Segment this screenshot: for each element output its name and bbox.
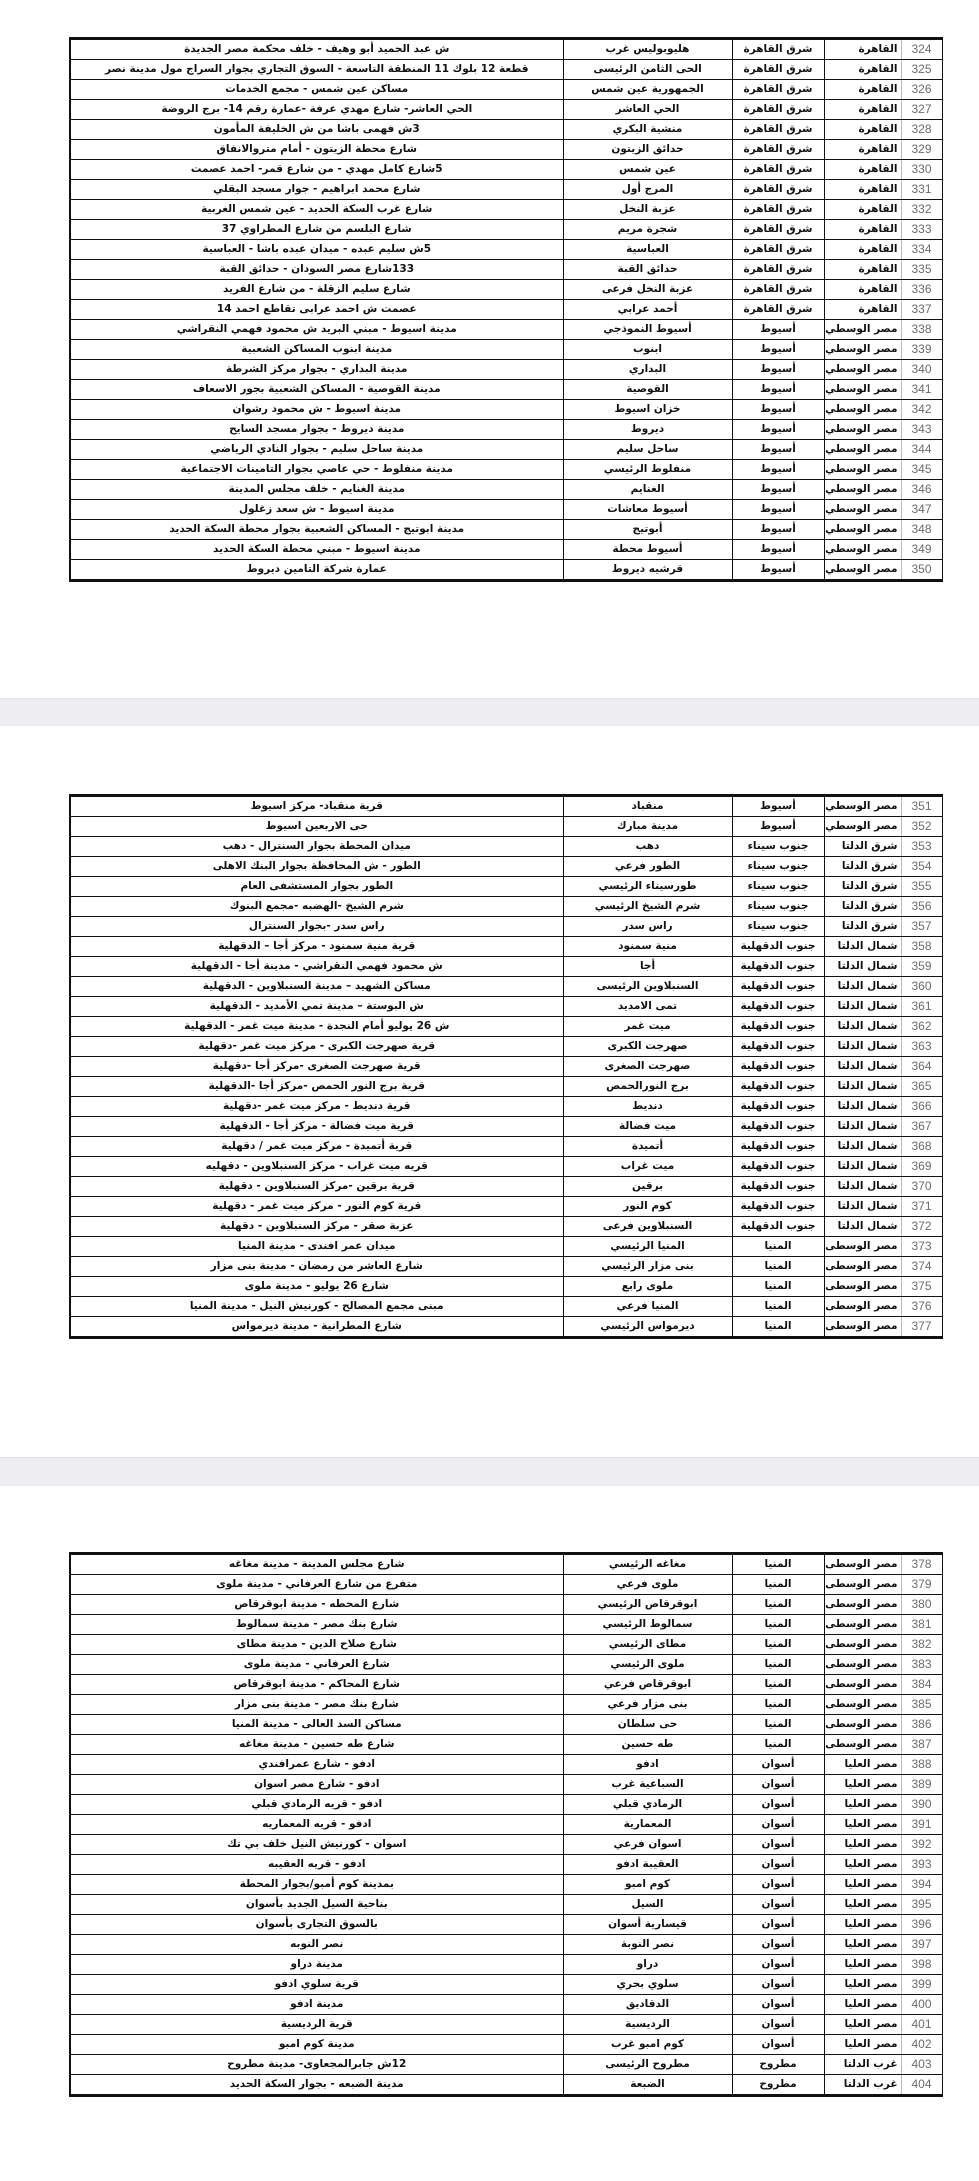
row-number: 385 [901,1695,942,1715]
office-name-cell: طورسيناء الرئيسي [563,877,732,897]
governorate-cell: شرق القاهرة [732,300,824,320]
governorate-cell: أسوان [732,1955,824,1975]
office-name-cell: تمى الامديد [563,997,732,1017]
table-row: 325القاهرةشرق القاهرةالحى الثامن الرئيسى… [70,60,942,80]
address-cell: مدينة اسيوط - ش سعد زغلول [70,500,563,520]
table-row: 382مصر الوسطىالمنيامطاى الرئيسيشارع صلاح… [70,1635,942,1655]
region-cell: شمال الدلتا [824,1077,901,1097]
address-cell: قرية دنديط - مركز ميت غمر -دقهلية [70,1097,563,1117]
address-cell: متفرع من شارع العرفاني - مدينة ملوى [70,1575,563,1595]
row-number: 346 [901,480,942,500]
office-name-cell: كوم امبو غرب [563,2035,732,2055]
table-row: 349مصر الوسطيأسيوطأسيوط محطةمدينة اسيوط … [70,540,942,560]
table-row: 355شرق الدلتاجنوب سيناءطورسيناء الرئيسيا… [70,877,942,897]
governorate-cell: المنيا [732,1695,824,1715]
region-cell: مصر الوسطي [824,520,901,540]
office-name-cell: أجا [563,957,732,977]
governorate-cell: شرق القاهرة [732,180,824,200]
office-name-cell: ابوقرقاص فرعي [563,1675,732,1695]
table-row: 353شرق الدلتاجنوب سيناءدهبميدان المحطة ب… [70,837,942,857]
row-number: 382 [901,1635,942,1655]
row-number: 386 [901,1715,942,1735]
address-cell: ميدان عمر افندى - مدينة المنيا [70,1237,563,1257]
row-number: 349 [901,540,942,560]
governorate-cell: أسوان [732,1795,824,1815]
region-cell: مصر العليا [824,1915,901,1935]
region-cell: مصر الوسطى [824,1695,901,1715]
office-name-cell: حدائق القبة [563,260,732,280]
table-row: 367شمال الدلتاجنوب الدقهليةميت فضالةقرية… [70,1117,942,1137]
address-cell: قرية الرديسية [70,2015,563,2035]
row-number: 366 [901,1097,942,1117]
region-cell: مصر الوسطي [824,817,901,837]
office-name-cell: سمالوط الرئيسي [563,1615,732,1635]
table-row: 332القاهرةشرق القاهرةعزبة النخلشارع غرب … [70,200,942,220]
row-number: 399 [901,1975,942,1995]
address-cell: ادفو - شارع مصر اسوان [70,1775,563,1795]
region-cell: مصر العليا [824,1955,901,1975]
address-cell: اسوان - كورنيش النيل خلف بي تك [70,1835,563,1855]
table-row: 358شمال الدلتاجنوب الدقهليةمنية سمنودقري… [70,937,942,957]
region-cell: شمال الدلتا [824,1057,901,1077]
row-number: 359 [901,957,942,977]
office-name-cell: السيل [563,1895,732,1915]
row-number: 335 [901,260,942,280]
address-cell: مدينة كوم امبو [70,2035,563,2055]
region-cell: شمال الدلتا [824,1197,901,1217]
office-name-cell: عين شمس [563,160,732,180]
address-cell: ادفو - شارع عمرافندي [70,1755,563,1775]
table-row: 377مصر الوسطىالمنياديرمواس الرئيسيشارع ا… [70,1317,942,1338]
region-cell: مصر العليا [824,1895,901,1915]
address-cell: مدينة ادفو [70,1995,563,2015]
table-row: 403غرب الدلتامطروحمطروح الرئيسى12ش جابرا… [70,2055,942,2075]
office-name-cell: حى سلطان [563,1715,732,1735]
region-cell: غرب الدلتا [824,2055,901,2075]
table-row: 373مصر الوسطىالمنياالمنيا الرئيسيميدان ع… [70,1237,942,1257]
table-row: 366شمال الدلتاجنوب الدقهليةدنديطقرية دند… [70,1097,942,1117]
address-cell: عزبة صقر - مركز السنبلاوين - دقهلية [70,1217,563,1237]
governorate-cell: المنيا [732,1575,824,1595]
governorate-cell: جنوب الدقهلية [732,937,824,957]
address-cell: مدينة ابوتيج - المساكن الشعبية بجوار محط… [70,520,563,540]
address-cell: الطور - ش المحافظة بجوار البنك الاهلى [70,857,563,877]
table-row: 338مصر الوسطيأسيوطأسيوط النموذجيمدينة اس… [70,320,942,340]
office-name-cell: البداري [563,360,732,380]
office-name-cell: سلوي بحري [563,1975,732,1995]
address-cell: مدينة ابنوب المساكن الشعبية [70,340,563,360]
table-row: 344مصر الوسطيأسيوطساحل سليممدينة ساحل سل… [70,440,942,460]
address-cell: شارع سليم الزقلة - من شارع الفريد [70,280,563,300]
address-cell: قرية سلوي ادفو [70,1975,563,1995]
row-number: 380 [901,1595,942,1615]
row-number: 379 [901,1575,942,1595]
region-cell: شمال الدلتا [824,937,901,957]
governorate-cell: المنيا [732,1317,824,1338]
governorate-cell: أسيوط [732,380,824,400]
governorate-cell: جنوب الدقهلية [732,1177,824,1197]
row-number: 362 [901,1017,942,1037]
table-row: 364شمال الدلتاجنوب الدقهليةصهرجت الصغرىق… [70,1057,942,1077]
region-cell: مصر العليا [824,1975,901,1995]
row-number: 390 [901,1795,942,1815]
address-cell: مدينة الغنايم - خلف مجلس المدينة [70,480,563,500]
office-name-cell: الطور فرعي [563,857,732,877]
address-cell: شارع مجلس المدينة - مدينة مغاغه [70,1554,563,1575]
table-row: 395مصر العلياأسوانالسيلبناحية السيل الجد… [70,1895,942,1915]
governorate-cell: أسيوط [732,460,824,480]
table-row: 401مصر العلياأسوانالرديسيةقرية الرديسية [70,2015,942,2035]
table-row: 356شرق الدلتاجنوب سيناءشرم الشيخ الرئيسي… [70,897,942,917]
table-row: 363شمال الدلتاجنوب الدقهليةصهرجت الكبرىق… [70,1037,942,1057]
address-cell: الطور بجوار المستشفى العام [70,877,563,897]
office-name-cell: ميت فضالة [563,1117,732,1137]
address-cell: 5ش سليم عبده - ميدان عبده باشا - العباسي… [70,240,563,260]
governorate-cell: جنوب الدقهلية [732,1017,824,1037]
table-row: 335القاهرةشرق القاهرةحدائق القبة133شارع … [70,260,942,280]
row-number: 401 [901,2015,942,2035]
address-cell: قرية منقباد- مركز اسيوط [70,796,563,817]
region-cell: شمال الدلتا [824,1017,901,1037]
row-number: 397 [901,1935,942,1955]
office-name-cell: خزان اسيوط [563,400,732,420]
row-number: 368 [901,1137,942,1157]
office-name-cell: المعمارية [563,1815,732,1835]
governorate-cell: جنوب الدقهلية [732,1137,824,1157]
address-cell: قرية صهرجت الكبرى - مركز ميت غمر -دقهلية [70,1037,563,1057]
table-row: 387مصر الوسطىالمنياطه حسينشارع طه حسين -… [70,1735,942,1755]
address-cell: ميدان المحطة بجوار السنترال - دهب [70,837,563,857]
governorate-cell: أسوان [732,1995,824,2015]
row-number: 374 [901,1257,942,1277]
row-number: 347 [901,500,942,520]
table-row: 334القاهرةشرق القاهرةالعباسية5ش سليم عبد… [70,240,942,260]
address-cell: شارع بنك مصر - مدينة سمالوط [70,1615,563,1635]
office-name-cell: ديروط [563,420,732,440]
office-name-cell: شرم الشيخ الرئيسي [563,897,732,917]
table-row: 386مصر الوسطىالمنياحى سلطانمساكن السد ال… [70,1715,942,1735]
office-name-cell: السنبلاوين الرئيسى [563,977,732,997]
office-name-cell: أحمد عرابي [563,300,732,320]
table-row: 343مصر الوسطيأسيوطديروطمدينة ديروط - بجو… [70,420,942,440]
table-row: 336القاهرةشرق القاهرةعزبة النخل فرعىشارع… [70,280,942,300]
row-number: 373 [901,1237,942,1257]
governorate-cell: جنوب الدقهلية [732,997,824,1017]
address-cell: ش عبد الحميد أبو وهيف - خلف محكمة مصر ال… [70,39,563,60]
row-number: 357 [901,917,942,937]
region-cell: شمال الدلتا [824,1037,901,1057]
table-row: 375مصر الوسطىالمنياملوى رابعشارع 26 يولي… [70,1277,942,1297]
address-cell: شارع 26 يوليو - مدينة ملوى [70,1277,563,1297]
address-cell: مدينة منفلوط - حي عاصي بجوار التامينات ا… [70,460,563,480]
office-name-cell: مغاغه الرئيسي [563,1554,732,1575]
table-row: 368شمال الدلتاجنوب الدقهليةأتميدةقرية أت… [70,1137,942,1157]
region-cell: مصر العليا [824,1775,901,1795]
office-name-cell: عزبة النخل فرعى [563,280,732,300]
row-number: 348 [901,520,942,540]
row-number: 377 [901,1317,942,1338]
row-number: 342 [901,400,942,420]
row-number: 324 [901,39,942,60]
table-row: 392مصر العلياأسواناسوان فرعياسوان - كورن… [70,1835,942,1855]
row-number: 352 [901,817,942,837]
table-row: 365شمال الدلتاجنوب الدقهليةبرج النورالحم… [70,1077,942,1097]
table-row: 400مصر العلياأسوانالدقاديقمدينة ادفو [70,1995,942,2015]
governorate-cell: المنيا [732,1655,824,1675]
region-cell: مصر الوسطى [824,1575,901,1595]
region-cell: شرق الدلتا [824,897,901,917]
row-number: 395 [901,1895,942,1915]
office-name-cell: طه حسين [563,1735,732,1755]
governorate-cell: جنوب الدقهلية [732,1117,824,1137]
table-row: 383مصر الوسطىالمنياملوى الرئيسيشارع العر… [70,1655,942,1675]
address-cell: شارع محطة الزيتون - أمام متروالانفاق [70,140,563,160]
row-number: 365 [901,1077,942,1097]
row-number: 389 [901,1775,942,1795]
table-row: 398مصر العلياأسواندراومدينة دراو [70,1955,942,1975]
row-number: 387 [901,1735,942,1755]
address-cell: شارع المحطه - مدينة ابوقرقاص [70,1595,563,1615]
table-row: 384مصر الوسطىالمنياابوقرقاص فرعيشارع الم… [70,1675,942,1695]
region-cell: القاهرة [824,120,901,140]
office-name-cell: الضبعة [563,2075,732,2096]
governorate-cell: أسوان [732,2035,824,2055]
governorate-cell: أسوان [732,1855,824,1875]
table-row: 360شمال الدلتاجنوب الدقهليةالسنبلاوين ال… [70,977,942,997]
address-cell: ادفو - قريه الرمادي قبلي [70,1795,563,1815]
table-row: 357شرق الدلتاجنوب سيناءراس سدرراس سدر -ب… [70,917,942,937]
table-row: 329القاهرةشرق القاهرةحدائق الزيتونشارع م… [70,140,942,160]
region-cell: مصر الوسطى [824,1317,901,1338]
office-name-cell: الرديسية [563,2015,732,2035]
branches-table-page-2: 351مصر الوسطيأسيوطمنقبادقرية منقباد- مرك… [69,794,943,1339]
row-number: 332 [901,200,942,220]
governorate-cell: أسيوط [732,540,824,560]
office-name-cell: أبوتيج [563,520,732,540]
office-name-cell: العباسية [563,240,732,260]
table-row: 388مصر العلياأسوانادفوادفو - شارع عمرافن… [70,1755,942,1775]
address-cell: قرية برج النور الحمص -مركز أجا -الدقهلية [70,1077,563,1097]
governorate-cell: أسيوط [732,520,824,540]
address-cell: مساكن عين شمس - مجمع الخدمات [70,80,563,100]
region-cell: مصر الوسطى [824,1735,901,1755]
region-cell: مصر الوسطي [824,320,901,340]
governorate-cell: جنوب الدقهلية [732,1057,824,1077]
region-cell: القاهرة [824,60,901,80]
table-row: 370شمال الدلتاجنوب الدقهليةبرقينقرية برق… [70,1177,942,1197]
office-name-cell: المنيا فرعي [563,1297,732,1317]
office-name-cell: دهب [563,837,732,857]
address-cell: ادفو - قريه العقيبه [70,1855,563,1875]
table-row: 326القاهرةشرق القاهرةالجمهورية عين شمسمس… [70,80,942,100]
governorate-cell: شرق القاهرة [732,200,824,220]
governorate-cell: أسيوط [732,340,824,360]
region-cell: مصر الوسطى [824,1655,901,1675]
governorate-cell: شرق القاهرة [732,160,824,180]
region-cell: مصر الوسطي [824,360,901,380]
region-cell: مصر العليا [824,2015,901,2035]
row-number: 400 [901,1995,942,2015]
region-cell: مصر العليا [824,1935,901,1955]
table-row: 327القاهرةشرق القاهرةالحي العاشرالحي الع… [70,100,942,120]
row-number: 378 [901,1554,942,1575]
office-name-cell: السباعية غرب [563,1775,732,1795]
row-number: 351 [901,796,942,817]
office-name-cell: عزبة النخل [563,200,732,220]
region-cell: شرق الدلتا [824,837,901,857]
governorate-cell: جنوب الدقهلية [732,1037,824,1057]
row-number: 364 [901,1057,942,1077]
table-row: 394مصر العلياأسوانكوم امبوبمدينة كوم أمب… [70,1875,942,1895]
region-cell: القاهرة [824,220,901,240]
table-row: 324القاهرةشرق القاهرةهليوبوليس غربش عبد … [70,39,942,60]
address-cell: بمدينة كوم أمبو/بجوار المحطة [70,1875,563,1895]
table-row: 385مصر الوسطىالمنيابنى مزار فرعيشارع بنك… [70,1695,942,1715]
region-cell: مصر الوسطي [824,400,901,420]
row-number: 372 [901,1217,942,1237]
office-name-cell: مدينة مبارك [563,817,732,837]
row-number: 336 [901,280,942,300]
address-cell: قرية صهرجت الصغرى -مركز أجا -دقهلية [70,1057,563,1077]
governorate-cell: شرق القاهرة [732,100,824,120]
row-number: 392 [901,1835,942,1855]
row-number: 354 [901,857,942,877]
office-name-cell: الجمهورية عين شمس [563,80,732,100]
office-name-cell: دراو [563,1955,732,1975]
office-name-cell: برج النورالحمص [563,1077,732,1097]
table-row: 330القاهرةشرق القاهرةعين شمس5شارع كامل م… [70,160,942,180]
address-cell: قرية برقين -مركز السنبلاوين - دقهلية [70,1177,563,1197]
row-number: 403 [901,2055,942,2075]
region-cell: مصر الوسطى [824,1257,901,1277]
address-cell: قريه ميت غراب - مركز السنبلاوين - دقهليه [70,1157,563,1177]
region-cell: مصر العليا [824,1835,901,1855]
address-cell: حى الاربعين اسيوط [70,817,563,837]
address-cell: شارع طه حسين - مدينة مغاغه [70,1735,563,1755]
row-number: 341 [901,380,942,400]
page-separator [0,1457,979,1487]
address-cell: مبنى مجمع المصالح - كورنيش النيل - مدينة… [70,1297,563,1317]
governorate-cell: جنوب سيناء [732,877,824,897]
address-cell: شارع البلسم من شارع المطراوي 37 [70,220,563,240]
row-number: 383 [901,1655,942,1675]
row-number: 363 [901,1037,942,1057]
row-number: 398 [901,1955,942,1975]
region-cell: غرب الدلتا [824,2075,901,2096]
governorate-cell: شرق القاهرة [732,280,824,300]
table-row: 331القاهرةشرق القاهرةالمرج أولشارع محمد … [70,180,942,200]
address-cell: شارع المطرانية - مدينة ديرمواس [70,1317,563,1338]
governorate-cell: شرق القاهرة [732,60,824,80]
row-number: 326 [901,80,942,100]
table-row: 340مصر الوسطيأسيوطالبداريمدينة البداري -… [70,360,942,380]
table-row: 393مصر العلياأسوانالعقيبة ادفوادفو - قري… [70,1855,942,1875]
office-name-cell: قرشيه ديروط [563,560,732,581]
office-name-cell: أسيوط النموذجي [563,320,732,340]
governorate-cell: أسيوط [732,817,824,837]
address-cell: شارع غرب السكة الحديد - عين شمس الغربية [70,200,563,220]
region-cell: مصر الوسطي [824,540,901,560]
office-name-cell: منية سمنود [563,937,732,957]
region-cell: مصر الوسطى [824,1615,901,1635]
table-row: 380مصر الوسطىالمنياابوقرقاص الرئيسيشارع … [70,1595,942,1615]
row-number: 339 [901,340,942,360]
table-row: 374مصر الوسطىالمنيابنى مزار الرئيسيشارع … [70,1257,942,1277]
table-row: 381مصر الوسطىالمنياسمالوط الرئيسيشارع بن… [70,1615,942,1635]
table-row: 391مصر العلياأسوانالمعماريةادفو - قريه ا… [70,1815,942,1835]
region-cell: القاهرة [824,280,901,300]
office-name-cell: أتميدة [563,1137,732,1157]
address-cell: عصمت ش احمد عرابى تقاطع احمد 14 [70,300,563,320]
region-cell: مصر الوسطى [824,1635,901,1655]
office-name-cell: ابوقرقاص الرئيسي [563,1595,732,1615]
row-number: 328 [901,120,942,140]
region-cell: مصر العليا [824,1795,901,1815]
address-cell: مساكن الشهيد – مدينة السنبلاوين - الدقهل… [70,977,563,997]
governorate-cell: أسيوط [732,320,824,340]
governorate-cell: مطروح [732,2075,824,2096]
row-number: 329 [901,140,942,160]
row-number: 396 [901,1915,942,1935]
governorate-cell: المنيا [732,1675,824,1695]
governorate-cell: أسوان [732,1935,824,1955]
row-number: 384 [901,1675,942,1695]
office-name-cell: ملوى فرعي [563,1575,732,1595]
page-separator [0,698,979,727]
table-body: 378مصر الوسطىالمنيامغاغه الرئيسيشارع مجل… [70,1554,942,2096]
address-cell: 133شارع مصر السودان - حدائق القبة [70,260,563,280]
row-number: 337 [901,300,942,320]
row-number: 402 [901,2035,942,2055]
region-cell: شمال الدلتا [824,957,901,977]
row-number: 371 [901,1197,942,1217]
row-number: 344 [901,440,942,460]
row-number: 343 [901,420,942,440]
office-name-cell: الرمادي قبلي [563,1795,732,1815]
address-cell: 12ش جابرالمجعاوى- مدينة مطروح [70,2055,563,2075]
row-number: 356 [901,897,942,917]
table-row: 348مصر الوسطيأسيوطأبوتيجمدينة ابوتيج - ا… [70,520,942,540]
address-cell: شارع العاشر من رمضان - مدينة بنى مزار [70,1257,563,1277]
governorate-cell: جنوب الدقهلية [732,977,824,997]
address-cell: نصر النوبه [70,1935,563,1955]
row-number: 325 [901,60,942,80]
address-cell: ش محمود فهمي النقراشي - مدينة أجا - الدق… [70,957,563,977]
office-name-cell: مطروح الرئيسى [563,2055,732,2075]
region-cell: مصر الوسطي [824,380,901,400]
address-cell: قرية ميت فضالة - مركز أجا - الدقهلية [70,1117,563,1137]
governorate-cell: جنوب سيناء [732,837,824,857]
governorate-cell: أسوان [732,1755,824,1775]
table-row: 328القاهرةشرق القاهرةمنشية البكري3ش فهمى… [70,120,942,140]
address-cell: قرية أتميدة - مركز ميت غمر / دقهلية [70,1137,563,1157]
governorate-cell: أسيوط [732,500,824,520]
row-number: 404 [901,2075,942,2096]
row-number: 388 [901,1755,942,1775]
governorate-cell: أسوان [732,1815,824,1835]
table-body: 324القاهرةشرق القاهرةهليوبوليس غربش عبد … [70,39,942,581]
table-row: 362شمال الدلتاجنوب الدقهليةميت غمرش 26 ي… [70,1017,942,1037]
table-row: 345مصر الوسطيأسيوطمنفلوط الرئيسيمدينة من… [70,460,942,480]
office-name-cell: صهرجت الكبرى [563,1037,732,1057]
region-cell: القاهرة [824,160,901,180]
governorate-cell: جنوب الدقهلية [732,1097,824,1117]
region-cell: شرق الدلتا [824,917,901,937]
region-cell: القاهرة [824,260,901,280]
region-cell: مصر الوسطى [824,1297,901,1317]
office-name-cell: برقين [563,1177,732,1197]
governorate-cell: جنوب سيناء [732,897,824,917]
